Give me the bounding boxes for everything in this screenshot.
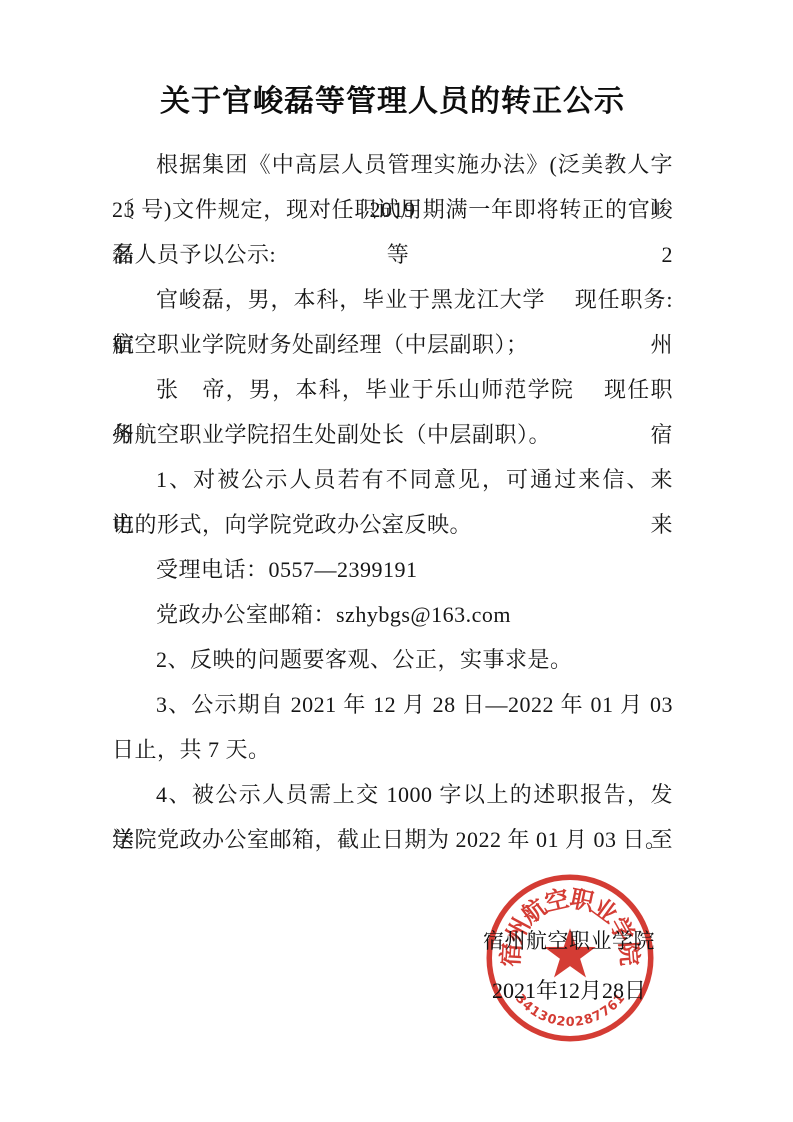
body-line: 1、对被公示人员若有不同意见，可通过来信、来电、来 bbox=[112, 457, 673, 502]
document-page: 关于官峻磊等管理人员的转正公示 根据集团《中高层人员管理实施办法》(泛美教人字〔… bbox=[0, 0, 793, 1122]
body-line: 张 帝，男，本科，毕业于乐山师范学院 现任职务:宿 bbox=[112, 367, 673, 412]
body-line: 学院党政办公室邮箱，截止日期为 2022 年 01 月 03 日。 bbox=[112, 817, 673, 862]
official-seal: 宿州航空职业学院 3413020287761 bbox=[485, 873, 655, 1043]
body-line: 23 号)文件规定，现对任职试用期满一年即将转正的官峻磊等2 bbox=[112, 187, 673, 232]
body-line: 根据集团《中高层人员管理实施办法》(泛美教人字〔2019〕 bbox=[112, 142, 673, 187]
body-line-phone: 受理电话：0557—2399191 bbox=[112, 547, 673, 592]
document-body: 根据集团《中高层人员管理实施办法》(泛美教人字〔2019〕 23 号)文件规定，… bbox=[112, 142, 673, 862]
signature-org: 宿州航空职业学院 bbox=[483, 927, 655, 955]
body-line: 官峻磊，男，本科，毕业于黑龙江大学 现任职务:宿州 bbox=[112, 277, 673, 322]
seal-graphic: 宿州航空职业学院 3413020287761 bbox=[485, 873, 655, 1043]
body-line: 日止，共 7 天。 bbox=[112, 727, 673, 772]
body-line: 4、被公示人员需上交 1000 字以上的述职报告，发送至 bbox=[112, 772, 673, 817]
signature-date: 2021年12月28日 bbox=[492, 977, 646, 1005]
body-line: 3、公示期自 2021 年 12 月 28 日—2022 年 01 月 03 bbox=[112, 682, 673, 727]
body-line-email: 党政办公室邮箱：szhybgs@163.com bbox=[112, 592, 673, 637]
body-line: 2、反映的问题要客观、公正，实事求是。 bbox=[112, 637, 673, 682]
document-title: 关于官峻磊等管理人员的转正公示 bbox=[112, 84, 673, 120]
